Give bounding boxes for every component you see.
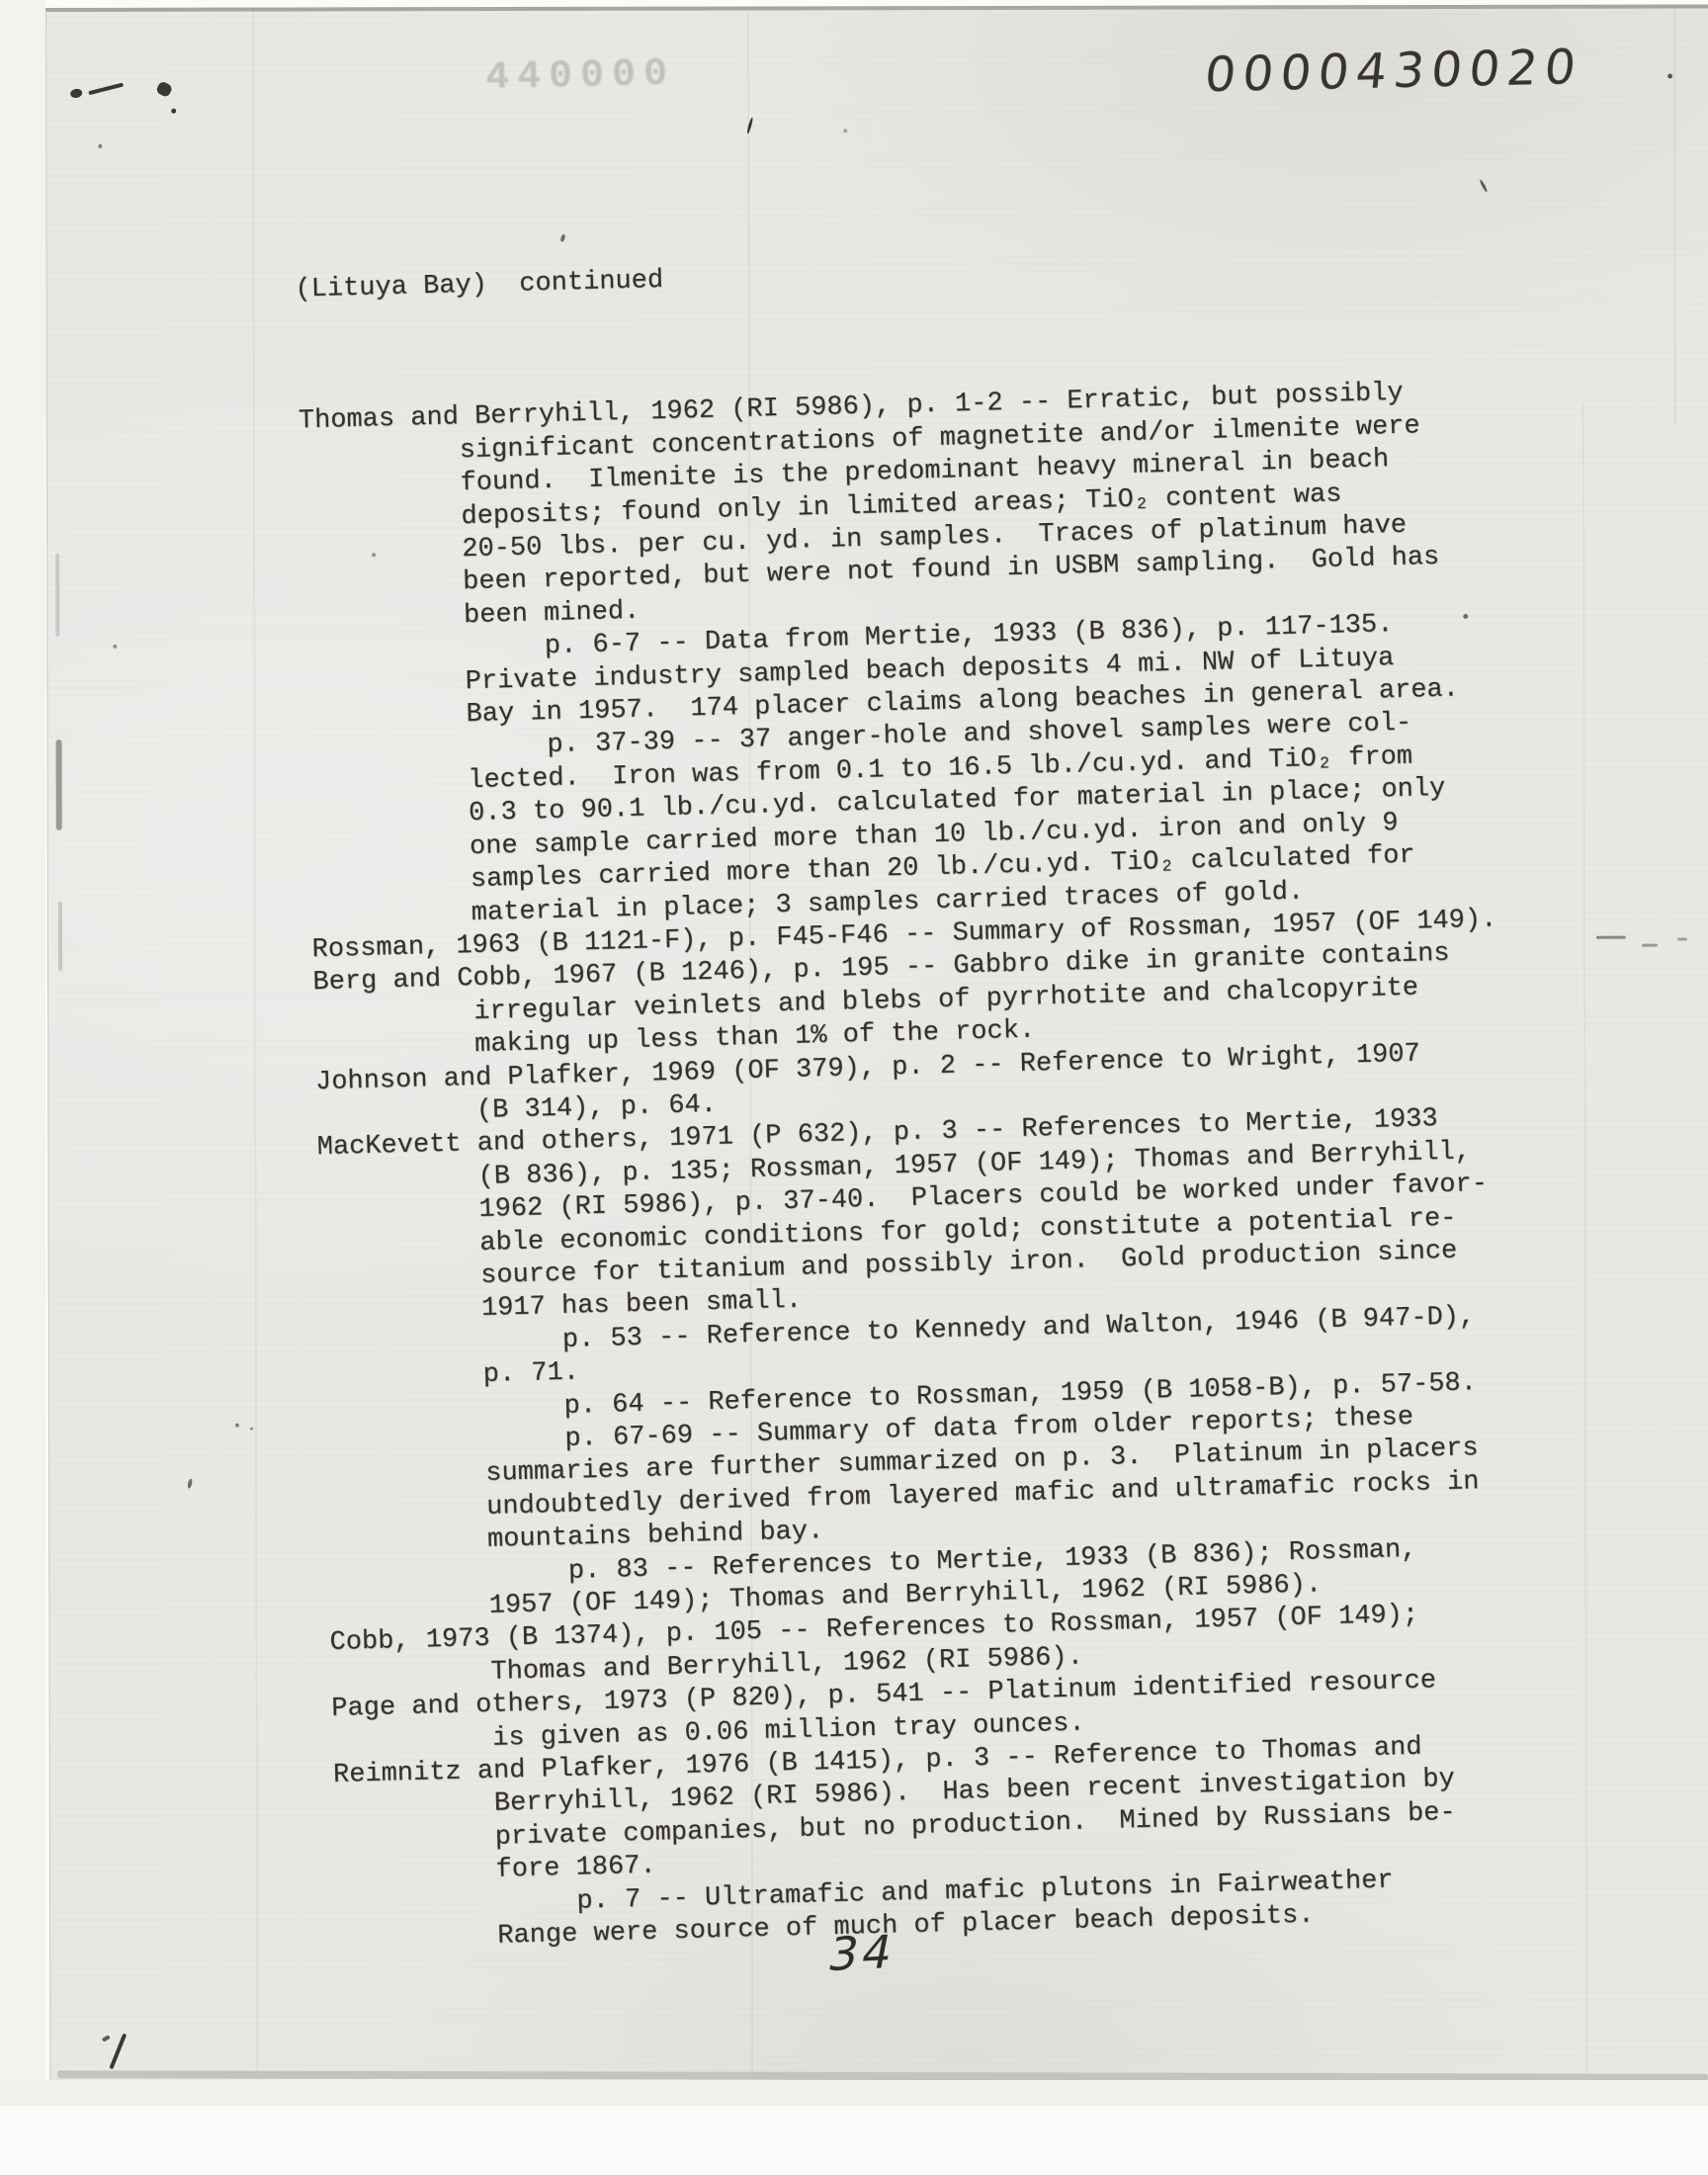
edge-smudge (55, 554, 59, 637)
handwritten-page-number: 34 (823, 1924, 900, 1981)
ink-speck (235, 1424, 239, 1428)
scanner-margin-left (0, 0, 45, 2088)
ink-speck (88, 83, 124, 96)
pencil-dash (1642, 944, 1658, 947)
page-heading: (Lituya Bay) continued (295, 244, 1480, 307)
paper-crease (252, 12, 258, 2080)
pencil-dash (1677, 938, 1687, 941)
ink-speck (69, 88, 82, 99)
edge-smudge (58, 902, 62, 971)
ink-speck (155, 80, 173, 98)
ink-speck (98, 144, 102, 148)
ink-speck (171, 109, 176, 114)
paper-crease (1673, 9, 1676, 424)
ink-speck (102, 2035, 111, 2042)
ink-speck (187, 1478, 193, 1489)
handwritten-serial-number: 0000430020 (1202, 39, 1584, 103)
scanner-margin-bottom (0, 2080, 1708, 2106)
ink-speck (1479, 179, 1488, 193)
scanned-document: 440000 0000430020 (Lituya Bay) continued… (0, 0, 1708, 2175)
paper-sheet: 440000 0000430020 (Lituya Bay) continued… (45, 4, 1708, 2080)
paper-crease (1582, 404, 1588, 2075)
ink-speck (843, 129, 847, 132)
bibliography-body-text: Thomas and Berryhill, 1962 (RI 5986), p.… (299, 376, 1523, 1957)
faint-number-stamp: 440000 (485, 52, 676, 101)
ink-speck (113, 645, 117, 649)
ink-speck (372, 553, 376, 557)
typewritten-text-block: (Lituya Bay) continued Thomas and Berryh… (293, 178, 1524, 2024)
ink-speck (250, 1428, 253, 1431)
ink-speck (1463, 614, 1468, 619)
pencil-dash (1596, 936, 1626, 939)
edge-smudge (56, 739, 62, 830)
pen-stroke (109, 2033, 127, 2069)
ink-speck (1667, 74, 1672, 79)
